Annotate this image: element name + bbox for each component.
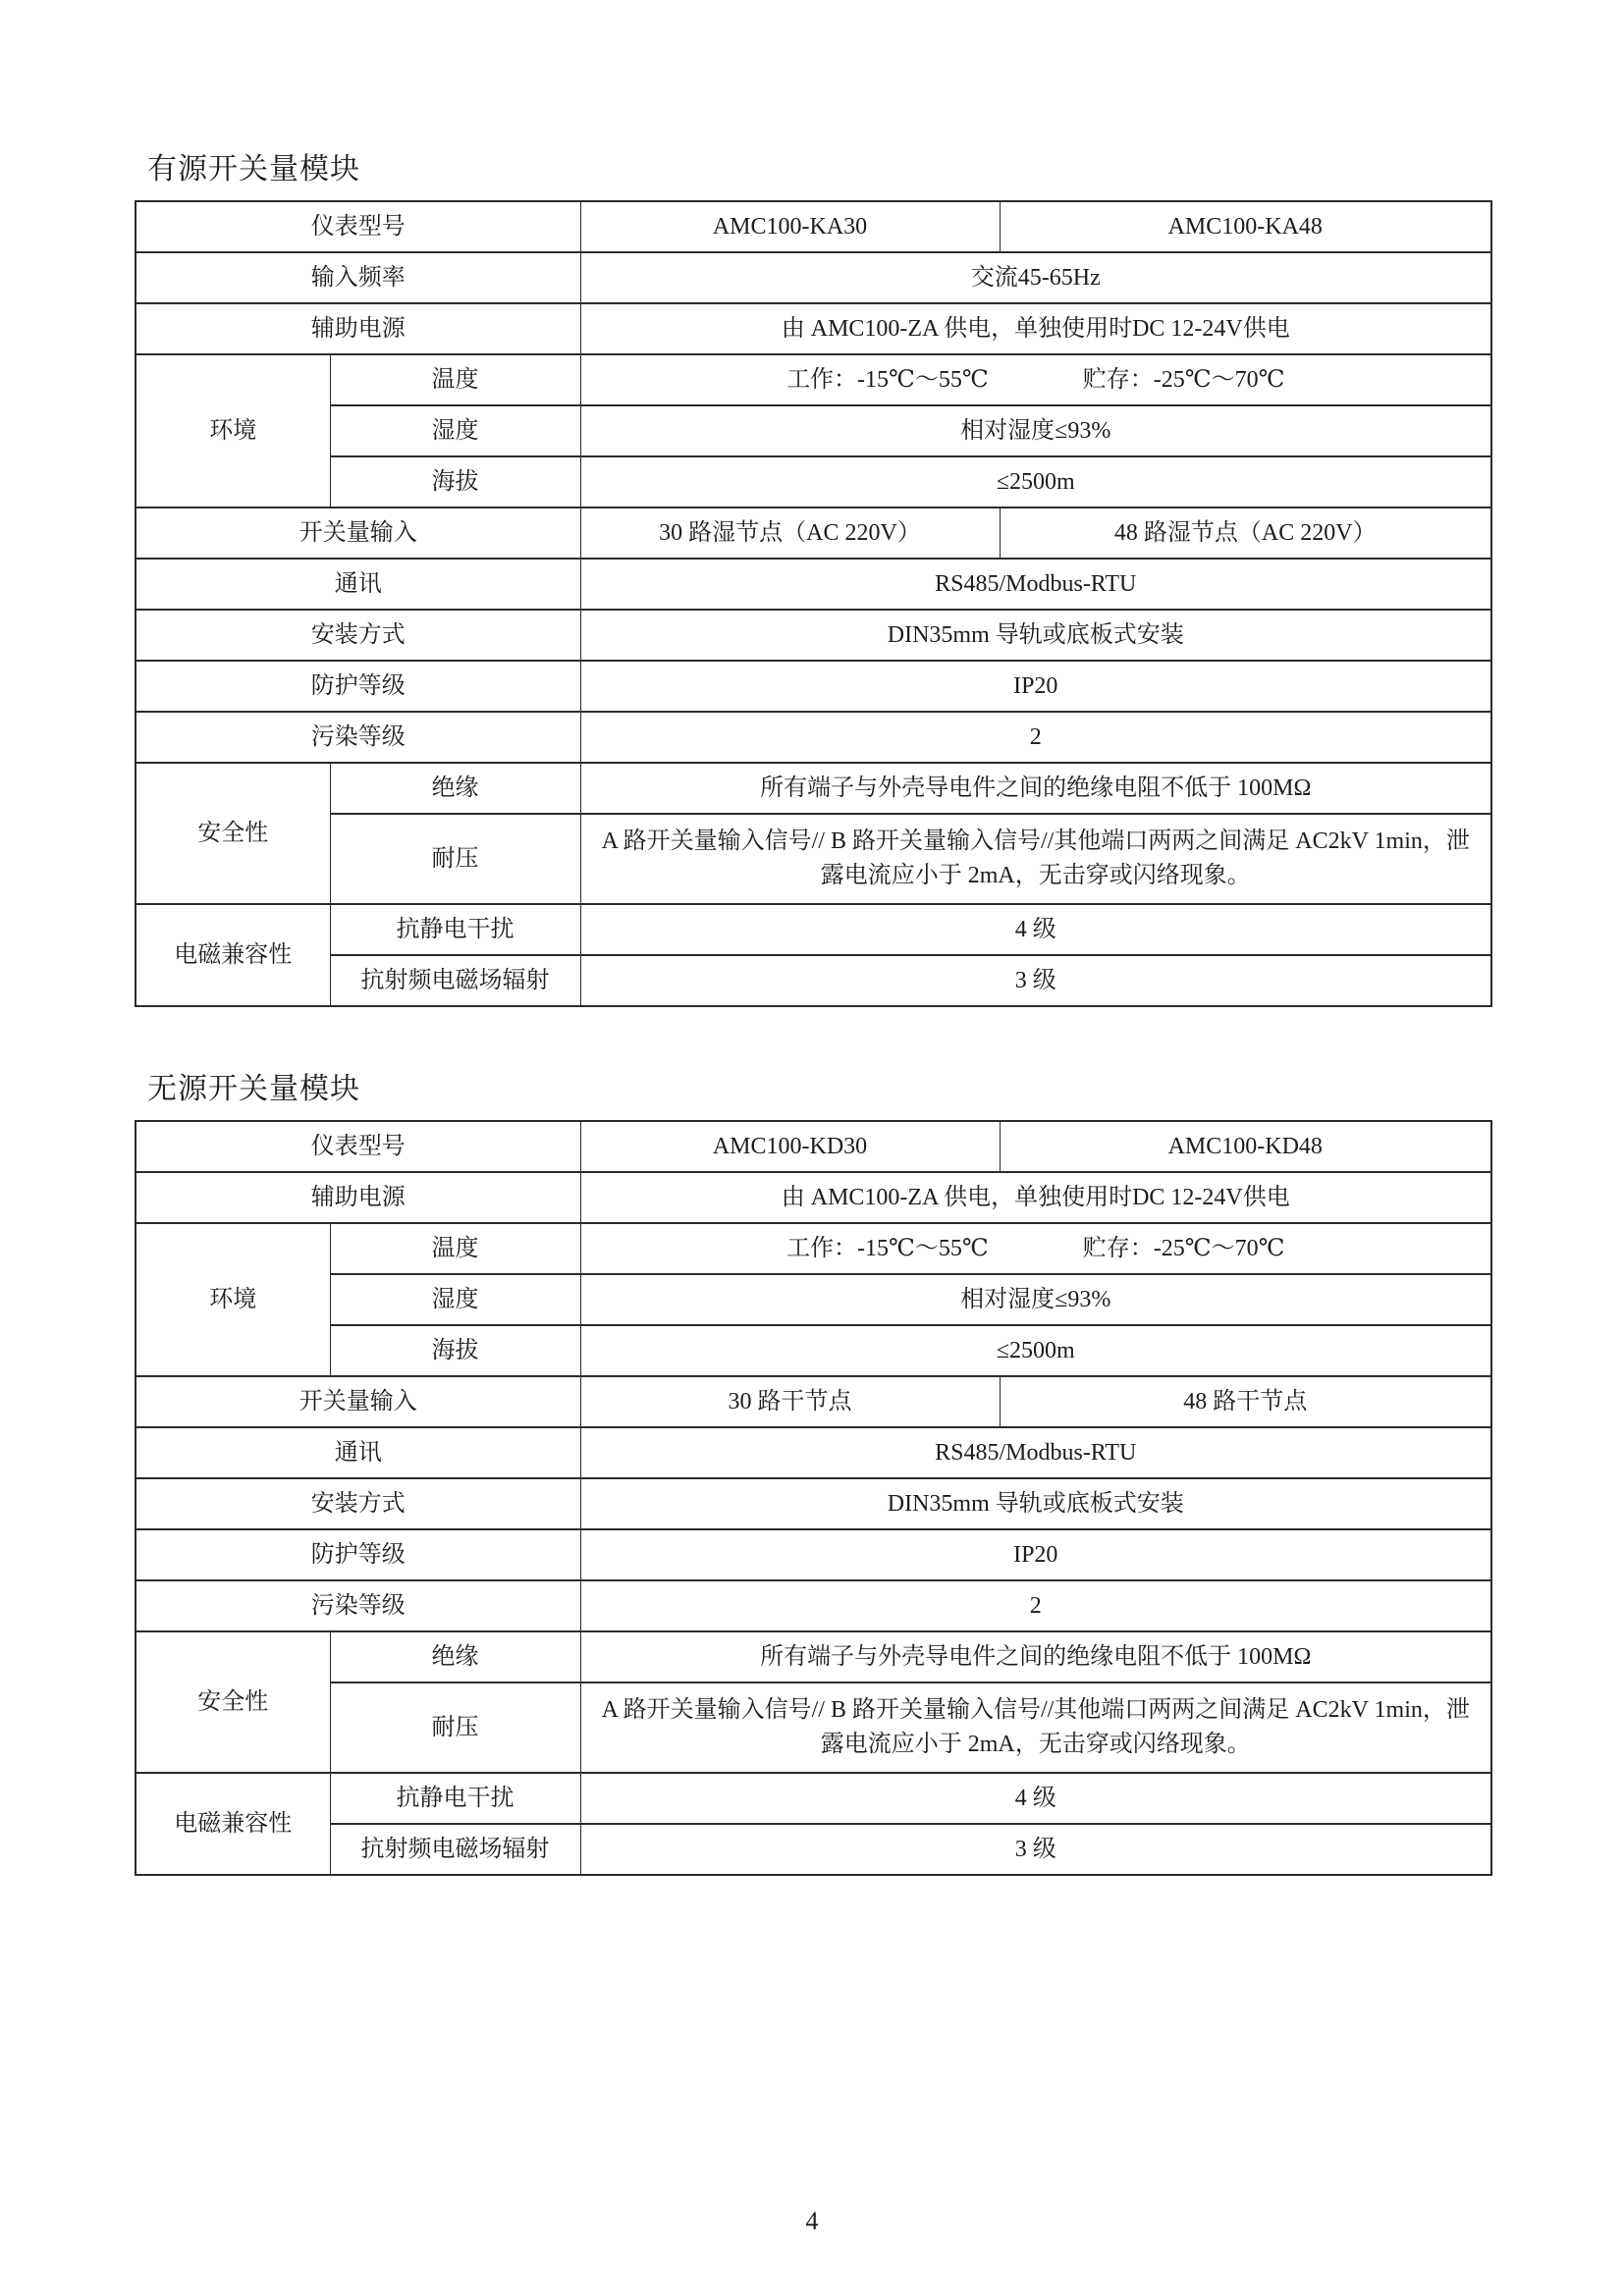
table-row: 耐压 A 路开关量输入信号// B 路开关量输入信号//其他端口两两之间满足 A… xyxy=(135,814,1491,904)
row-label: 湿度 xyxy=(330,1274,580,1325)
active-module-spec-table: 仪表型号 AMC100-KA30 AMC100-KA48 输入频率 交流45-6… xyxy=(135,200,1492,1007)
row-label: 输入频率 xyxy=(135,252,580,303)
group-label: 电磁兼容性 xyxy=(135,904,330,1006)
row-value: 2 xyxy=(580,1580,1491,1631)
row-value: 相对湿度≤93% xyxy=(580,405,1491,456)
row-label: 抗静电干扰 xyxy=(330,904,580,955)
row-value: 所有端子与外壳导电件之间的绝缘电阻不低于 100MΩ xyxy=(580,1631,1491,1682)
row-label: 湿度 xyxy=(330,405,580,456)
row-value: A 路开关量输入信号// B 路开关量输入信号//其他端口两两之间满足 AC2k… xyxy=(580,1682,1491,1773)
row-label: 绝缘 xyxy=(330,1631,580,1682)
section-title-active-module: 有源开关量模块 xyxy=(147,144,1624,187)
table-row: 通讯 RS485/Modbus-RTU xyxy=(135,1427,1491,1478)
row-label: 抗射频电磁场辐射 xyxy=(330,955,580,1006)
row-label: 开关量输入 xyxy=(135,1376,580,1427)
row-value: RS485/Modbus-RTU xyxy=(580,559,1491,610)
table-row: 辅助电源 由 AMC100-ZA 供电，单独使用时DC 12-24V供电 xyxy=(135,1172,1491,1223)
table-row: 开关量输入 30 路湿节点（AC 220V） 48 路湿节点（AC 220V） xyxy=(135,507,1491,559)
row-value: IP20 xyxy=(580,1529,1491,1580)
row-value: IP20 xyxy=(580,661,1491,712)
model-b-cell: AMC100-KA48 xyxy=(1000,201,1491,252)
row-value: 交流45-65Hz xyxy=(580,252,1491,303)
table-row: 电磁兼容性 抗静电干扰 4 级 xyxy=(135,1773,1491,1824)
table-row: 防护等级 IP20 xyxy=(135,661,1491,712)
row-label: 耐压 xyxy=(330,814,580,904)
group-label: 安全性 xyxy=(135,1631,330,1773)
section-title-passive-module: 无源开关量模块 xyxy=(147,1064,1624,1107)
row-label: 通讯 xyxy=(135,559,580,610)
row-value-b: 48 路湿节点（AC 220V） xyxy=(1000,507,1491,559)
row-label: 防护等级 xyxy=(135,661,580,712)
document-page: 有源开关量模块 仪表型号 AMC100-KA30 AMC100-KA48 输入频… xyxy=(0,0,1624,1876)
row-value: ≤2500m xyxy=(580,1325,1491,1376)
table-row: 安全性 绝缘 所有端子与外壳导电件之间的绝缘电阻不低于 100MΩ xyxy=(135,763,1491,814)
row-value-a: 30 路干节点 xyxy=(580,1376,1000,1427)
table-row: 开关量输入 30 路干节点 48 路干节点 xyxy=(135,1376,1491,1427)
row-value: 工作：-15℃～55℃ 贮存：-25℃～70℃ xyxy=(580,354,1491,405)
group-label: 电磁兼容性 xyxy=(135,1773,330,1875)
row-label: 通讯 xyxy=(135,1427,580,1478)
table-row: 仪表型号 AMC100-KA30 AMC100-KA48 xyxy=(135,201,1491,252)
table-row: 通讯 RS485/Modbus-RTU xyxy=(135,559,1491,610)
row-label: 污染等级 xyxy=(135,712,580,763)
model-a-cell: AMC100-KA30 xyxy=(580,201,1000,252)
row-value: DIN35mm 导轨或底板式安装 xyxy=(580,1478,1491,1529)
row-label: 仪表型号 xyxy=(135,1121,580,1172)
row-value: 2 xyxy=(580,712,1491,763)
table-row: 污染等级 2 xyxy=(135,712,1491,763)
row-label: 辅助电源 xyxy=(135,303,580,354)
table-row: 耐压 A 路开关量输入信号// B 路开关量输入信号//其他端口两两之间满足 A… xyxy=(135,1682,1491,1773)
group-label: 环境 xyxy=(135,1223,330,1376)
table-row: 环境 温度 工作：-15℃～55℃ 贮存：-25℃～70℃ xyxy=(135,354,1491,405)
row-value: 3 级 xyxy=(580,955,1491,1006)
model-a-cell: AMC100-KD30 xyxy=(580,1121,1000,1172)
group-label: 安全性 xyxy=(135,763,330,904)
row-label: 温度 xyxy=(330,354,580,405)
table-row: 海拔 ≤2500m xyxy=(135,456,1491,507)
row-label: 防护等级 xyxy=(135,1529,580,1580)
table-row: 电磁兼容性 抗静电干扰 4 级 xyxy=(135,904,1491,955)
row-label: 仪表型号 xyxy=(135,201,580,252)
table-row: 防护等级 IP20 xyxy=(135,1529,1491,1580)
row-label: 污染等级 xyxy=(135,1580,580,1631)
table-row: 海拔 ≤2500m xyxy=(135,1325,1491,1376)
row-label: 抗静电干扰 xyxy=(330,1773,580,1824)
row-value: 由 AMC100-ZA 供电，单独使用时DC 12-24V供电 xyxy=(580,1172,1491,1223)
table-row: 污染等级 2 xyxy=(135,1580,1491,1631)
table-row: 安装方式 DIN35mm 导轨或底板式安装 xyxy=(135,610,1491,661)
row-label: 开关量输入 xyxy=(135,507,580,559)
row-value: DIN35mm 导轨或底板式安装 xyxy=(580,610,1491,661)
page-number: 4 xyxy=(0,2207,1624,2236)
table-row: 湿度 相对湿度≤93% xyxy=(135,405,1491,456)
table-row: 抗射频电磁场辐射 3 级 xyxy=(135,1824,1491,1875)
row-value: 4 级 xyxy=(580,904,1491,955)
table-row: 抗射频电磁场辐射 3 级 xyxy=(135,955,1491,1006)
passive-module-spec-table: 仪表型号 AMC100-KD30 AMC100-KD48 辅助电源 由 AMC1… xyxy=(135,1120,1492,1876)
row-label: 安装方式 xyxy=(135,610,580,661)
row-value: 相对湿度≤93% xyxy=(580,1274,1491,1325)
row-value-a: 30 路湿节点（AC 220V） xyxy=(580,507,1000,559)
row-value: 工作：-15℃～55℃ 贮存：-25℃～70℃ xyxy=(580,1223,1491,1274)
row-label: 辅助电源 xyxy=(135,1172,580,1223)
table-row: 环境 温度 工作：-15℃～55℃ 贮存：-25℃～70℃ xyxy=(135,1223,1491,1274)
row-label: 海拔 xyxy=(330,456,580,507)
row-value: RS485/Modbus-RTU xyxy=(580,1427,1491,1478)
table-row: 仪表型号 AMC100-KD30 AMC100-KD48 xyxy=(135,1121,1491,1172)
table-row: 安全性 绝缘 所有端子与外壳导电件之间的绝缘电阻不低于 100MΩ xyxy=(135,1631,1491,1682)
row-value: ≤2500m xyxy=(580,456,1491,507)
row-label: 抗射频电磁场辐射 xyxy=(330,1824,580,1875)
row-value: 3 级 xyxy=(580,1824,1491,1875)
row-value: 由 AMC100-ZA 供电，单独使用时DC 12-24V供电 xyxy=(580,303,1491,354)
row-label: 安装方式 xyxy=(135,1478,580,1529)
table-row: 安装方式 DIN35mm 导轨或底板式安装 xyxy=(135,1478,1491,1529)
table-row: 辅助电源 由 AMC100-ZA 供电，单独使用时DC 12-24V供电 xyxy=(135,303,1491,354)
row-label: 海拔 xyxy=(330,1325,580,1376)
row-label: 温度 xyxy=(330,1223,580,1274)
group-label: 环境 xyxy=(135,354,330,507)
row-value: 所有端子与外壳导电件之间的绝缘电阻不低于 100MΩ xyxy=(580,763,1491,814)
row-label: 绝缘 xyxy=(330,763,580,814)
row-value: 4 级 xyxy=(580,1773,1491,1824)
table-row: 湿度 相对湿度≤93% xyxy=(135,1274,1491,1325)
row-value: A 路开关量输入信号// B 路开关量输入信号//其他端口两两之间满足 AC2k… xyxy=(580,814,1491,904)
row-value-b: 48 路干节点 xyxy=(1000,1376,1491,1427)
table-row: 输入频率 交流45-65Hz xyxy=(135,252,1491,303)
row-label: 耐压 xyxy=(330,1682,580,1773)
model-b-cell: AMC100-KD48 xyxy=(1000,1121,1491,1172)
